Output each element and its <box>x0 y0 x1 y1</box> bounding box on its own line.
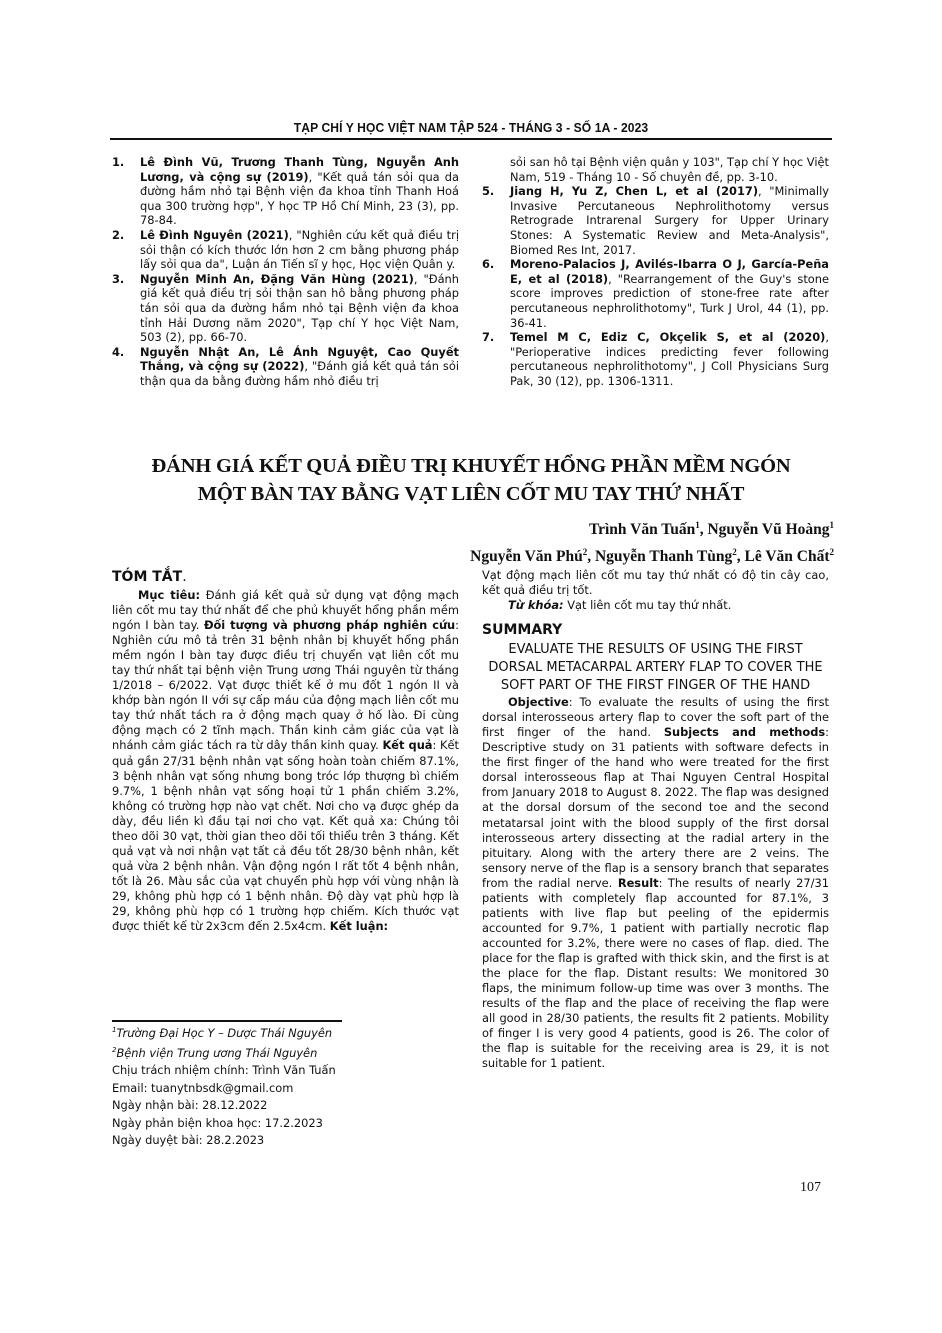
received-date: Ngày nhận bài: 28.12.2022 <box>112 1097 462 1114</box>
journal-header: TẠP CHÍ Y HỌC VIỆT NAM TẬP 524 - THÁNG 3… <box>135 120 806 135</box>
reference-item: 3. Nguyễn Minh An, Đặng Văn Hùng (2021),… <box>112 272 459 345</box>
reference-item: 5. Jiang H, Yu Z, Chen L, et al (2017), … <box>482 184 829 257</box>
reference-continuation: sỏi san hô tại Bệnh viện quân y 103", Tạ… <box>482 155 829 184</box>
author-line-2: Nguyễn Văn Phú2, Nguyễn Thanh Tùng2, Lê … <box>470 541 834 568</box>
abstract-vi: TÓM TẮT. Mục tiêu: Đánh giá kết quả sử d… <box>112 568 459 934</box>
references-right-column: sỏi san hô tại Bệnh viện quân y 103", Tạ… <box>482 155 829 389</box>
article-title: ĐÁNH GIÁ KẾT QUẢ ĐIỀU TRỊ KHUYẾT HỔNG PH… <box>110 452 832 508</box>
summary-heading: SUMMARY <box>482 621 829 639</box>
article-title-line-1: ĐÁNH GIÁ KẾT QUẢ ĐIỀU TRỊ KHUYẾT HỔNG PH… <box>110 452 832 480</box>
article-title-line-2: MỘT BÀN TAY BẰNG VẠT LIÊN CỐT MU TAY THỨ… <box>110 480 832 508</box>
email: Email: tuanytnbsdk@gmail.com <box>112 1080 462 1097</box>
author-name: Nguyễn Thanh Tùng <box>595 548 732 565</box>
affiliation-2: 2Bệnh viện Trung ương Thái Nguyên <box>112 1042 462 1062</box>
reference-item: 2. Lê Đình Nguyên (2021), "Nghiên cứu kế… <box>112 228 459 272</box>
author-list: Trình Văn Tuấn1, Nguyễn Vũ Hoàng1 Nguyễn… <box>470 514 834 568</box>
author-line-1: Trình Văn Tuấn1, Nguyễn Vũ Hoàng1 <box>470 514 834 541</box>
abstract-right-column: Vạt động mạch liên cốt mu tay thứ nhất c… <box>482 568 829 1071</box>
references-left-column: 1. Lê Đình Vũ, Trương Thanh Tùng, Nguyễn… <box>112 155 459 389</box>
review-date: Ngày phản biện khoa học: 17.2.2023 <box>112 1115 462 1132</box>
abstract-vi-keywords: Từ khóa: Vạt liên cốt mu tay thứ nhất. <box>482 598 829 613</box>
page-number: 107 <box>800 1180 821 1196</box>
abstract-vi-heading: TÓM TẮT. <box>112 568 459 586</box>
reference-item: 7. Temel M C, Ediz C, Okçelik S, et al (… <box>482 330 829 388</box>
author-name: Trình Văn Tuấn <box>589 521 695 538</box>
affiliation-1: 1Trường Đại Học Y – Dược Thái Nguyên <box>112 1022 462 1042</box>
author-name: Lê Văn Chất <box>745 548 830 565</box>
summary-title: EVALUATE THE RESULTS OF USING THE FIRST … <box>482 641 829 695</box>
summary-body: Objective: To evaluate the results of us… <box>482 695 829 1071</box>
accepted-date: Ngày duyệt bài: 28.2.2023 <box>112 1132 462 1149</box>
reference-item: 6. Moreno-Palacios J, Avilés-Ibarra O J,… <box>482 257 829 330</box>
corresponding-author: Chịu trách nhiệm chính: Trình Văn Tuấn <box>112 1062 462 1079</box>
reference-item: 1. Lê Đình Vũ, Trương Thanh Tùng, Nguyễn… <box>112 155 459 228</box>
abstract-vi-conclusion: Vạt động mạch liên cốt mu tay thứ nhất c… <box>482 568 829 598</box>
author-name: Nguyễn Văn Phú <box>470 548 583 565</box>
footnotes: 1Trường Đại Học Y – Dược Thái Nguyên 2Bệ… <box>112 1022 462 1149</box>
header-rule <box>110 138 832 140</box>
reference-item: 4. Nguyễn Nhật An, Lê Ánh Nguyệt, Cao Qu… <box>112 345 459 389</box>
abstract-vi-body: Mục tiêu: Đánh giá kết quả sử dụng vạt đ… <box>112 588 459 934</box>
author-name: Nguyễn Vũ Hoàng <box>707 521 829 538</box>
